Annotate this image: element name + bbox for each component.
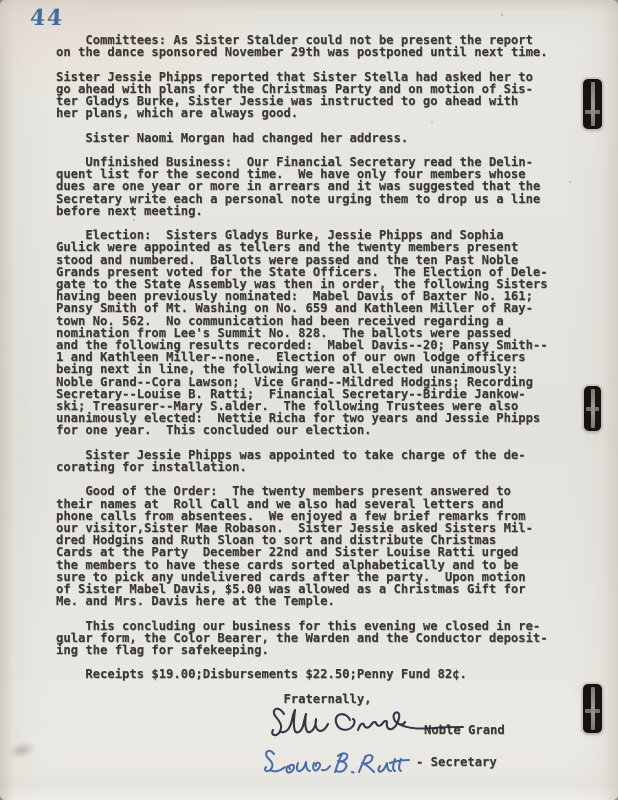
typed-line: [56, 437, 596, 449]
binder-fastener-top-icon: [583, 79, 602, 129]
binder-clip-bar: [585, 110, 600, 114]
typed-line: stood and numbered. Ballots were passed …: [56, 254, 596, 266]
typed-line: before next meeting.: [56, 205, 596, 217]
typed-line: [56, 119, 596, 131]
secretary-signature-row: - Secretary: [262, 744, 472, 782]
typed-line: Sister Jessie Phipps reported that Siste…: [56, 71, 596, 83]
dust-specks: [0, 0, 2, 2]
handwritten-signature-noble-grand: [268, 702, 468, 748]
typed-line: for one year. This concluded our electio…: [56, 424, 596, 436]
typed-line: the members to have these cards sorted a…: [56, 559, 596, 571]
typed-line: ing the flag for safekeeping.: [56, 644, 596, 656]
typed-line: being next in line, the following were a…: [56, 363, 596, 375]
typed-line: [56, 681, 596, 693]
typed-line: her plans, which are always good.: [56, 107, 596, 119]
typed-line: [56, 607, 596, 619]
binder-fastener-middle-icon: [584, 386, 601, 431]
typed-line: Secretary write each a personal note urg…: [56, 193, 596, 205]
typed-line: Noble Grand--Cora Lawson; Vice Grand--Mi…: [56, 376, 596, 388]
typed-line: their names at Roll Call and we also had…: [56, 498, 596, 510]
typed-line: dues are one year or more in arrears and…: [56, 180, 596, 192]
typed-line: Me. and Mrs. Davis here at the Temple.: [56, 595, 596, 607]
typed-line: Sister Naomi Morgan had changed her addr…: [56, 132, 596, 144]
document-body: Committees: As Sister Stalder could not …: [56, 34, 596, 705]
scanned-minutes-page: 44 Committees: As Sister Stalder could n…: [0, 0, 618, 800]
typed-line: town No. 562. No communication had been …: [56, 315, 596, 327]
typed-line: on the dance sponsored November 29th was…: [56, 46, 596, 58]
typed-line: Cards at the Party December 22nd and Sis…: [56, 546, 596, 558]
typed-line: [56, 58, 596, 70]
typed-line: Receipts $19.00;Disbursements $22.50;Pen…: [56, 668, 596, 680]
ink-smudge: [6, 739, 37, 762]
binder-clip-bar: [586, 407, 599, 411]
typed-line: Gulick were appointed as tellers and the…: [56, 241, 596, 253]
typed-line: corating for installation.: [56, 461, 596, 473]
typed-line: Pansy Smith of Mt. Washing on No. 659 an…: [56, 302, 596, 314]
noble-grand-signature-row: Noble Grand: [268, 702, 468, 748]
page-number: 44: [29, 5, 64, 31]
typed-line: This concluding our business for this ev…: [56, 620, 596, 632]
secretary-title: - Secretary: [416, 756, 497, 768]
handwritten-signature-secretary: [262, 744, 422, 780]
typed-line: Good of the Order: The twenty members pr…: [56, 485, 596, 497]
binder-fastener-bottom-icon: [583, 684, 602, 733]
binder-clip-bar: [591, 82, 595, 126]
binder-clip-bar: [585, 709, 600, 713]
